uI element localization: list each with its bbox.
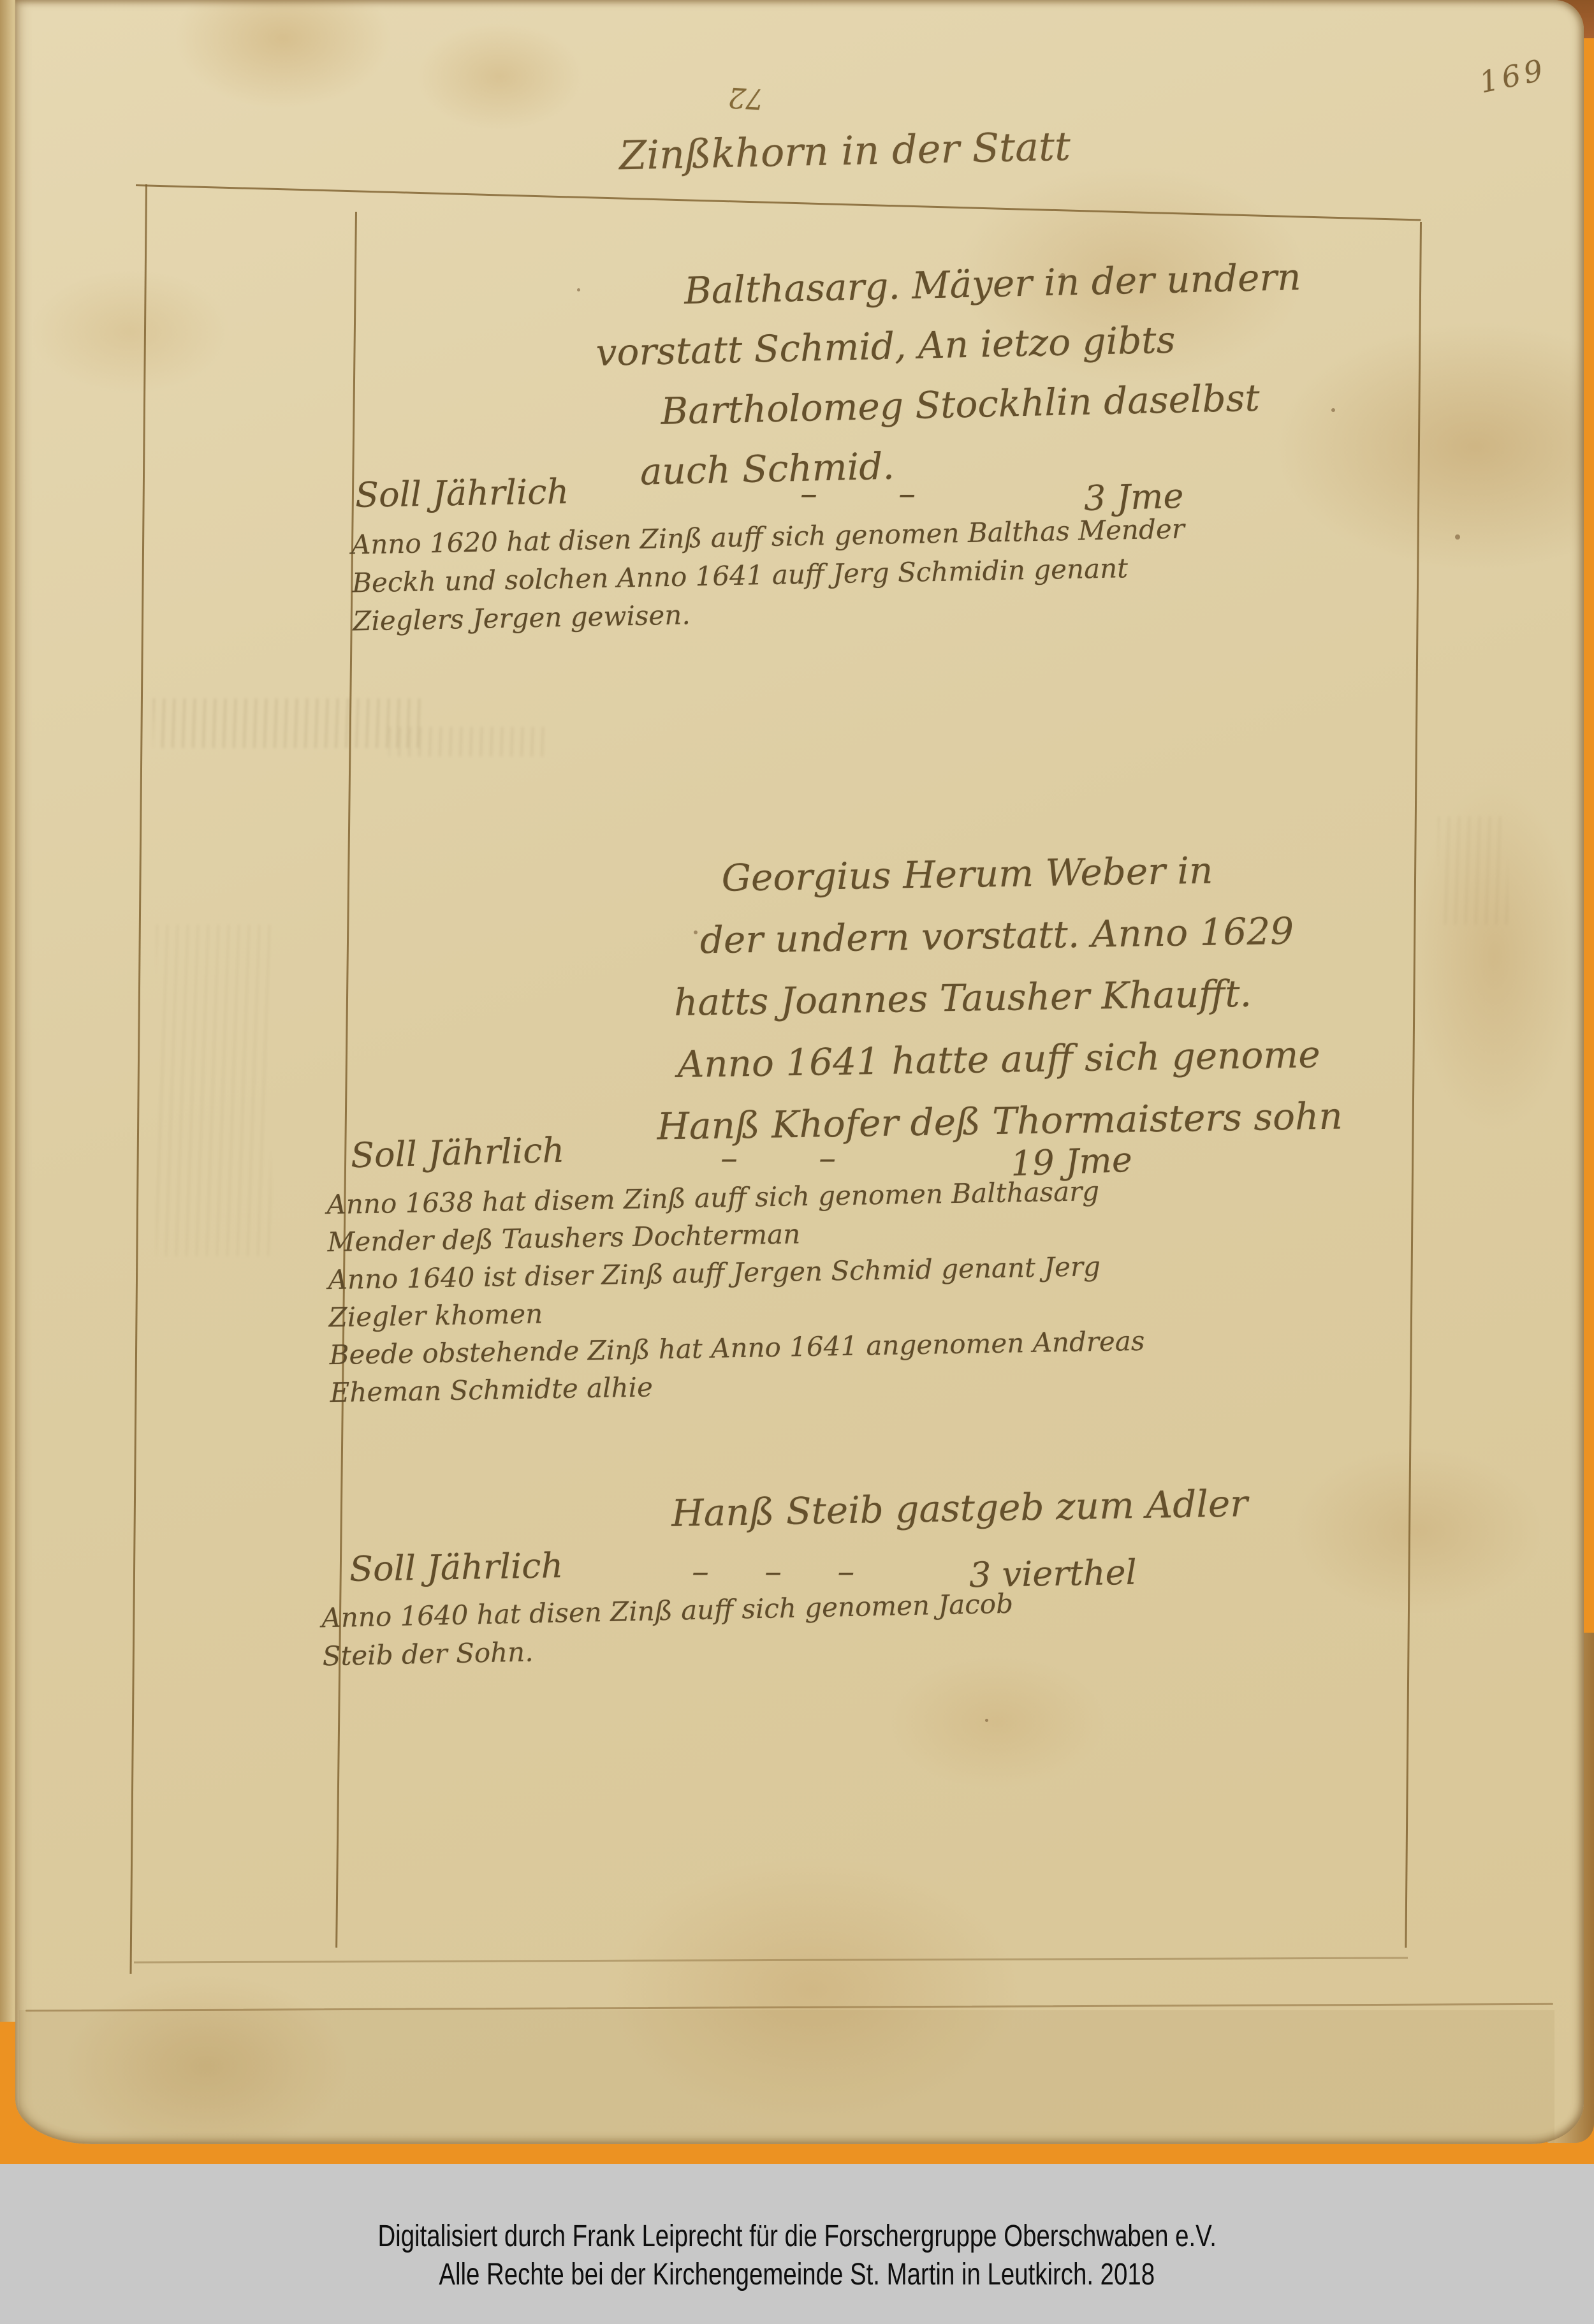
- digitization-caption: Digitalisiert durch Frank Leiprecht für …: [0, 2164, 1594, 2324]
- due-label: Soll Jährlich: [350, 1130, 565, 1176]
- faded-ink-ghost: [389, 727, 548, 756]
- due-dashes: – – –: [692, 1551, 854, 1591]
- screenshot-root: 169 72 Zinßkhorn in der Statt Balthasarg…: [0, 0, 1594, 2324]
- faded-ink-ghost: [153, 698, 421, 748]
- due-label: Soll Jährlich: [355, 471, 569, 515]
- entry-1-notes: Anno 1620 hat disen Zinß auff sich genom…: [351, 510, 1186, 640]
- caption-text: Digitalisiert durch Frank Leiprecht für …: [377, 2217, 1217, 2256]
- scan-photo-area: 169 72 Zinßkhorn in der Statt Balthasarg…: [0, 0, 1594, 2164]
- caption-line-2: Alle Rechte bei der Kirchengemeinde St. …: [0, 2256, 1594, 2294]
- entry-2-notes: Anno 1638 hat disem Zinß auff sich genom…: [326, 1172, 1146, 1411]
- ink-speck: [577, 288, 580, 291]
- entry-heading-line: hatts Joannes Tausher Khaufft.: [557, 961, 1368, 1036]
- ink-speck: [1455, 534, 1460, 540]
- ink-speck: [985, 1719, 988, 1722]
- entry-3-notes: Anno 1640 hat disen Zinß auff sich genom…: [321, 1585, 1014, 1676]
- entry-heading-line: Georgius Herum Weber in: [562, 837, 1372, 912]
- due-label: Soll Jährlich: [349, 1545, 563, 1589]
- caption-line-1: Digitalisiert durch Frank Leiprecht für …: [0, 2217, 1594, 2256]
- entry-heading-line: Hanß Khofer deß Thormaisters sohn: [594, 1084, 1405, 1159]
- underlying-page-strip: [19, 2010, 1554, 2143]
- caption-text: Alle Rechte bei der Kirchengemeinde St. …: [439, 2256, 1155, 2294]
- entry-2-heading: Georgius Herum Weber in der undern vorst…: [590, 837, 1405, 1159]
- faded-ink-ghost: [156, 925, 271, 1256]
- due-dashes: – –: [800, 473, 916, 513]
- inverted-folio-number: 72: [728, 81, 765, 115]
- faded-ink-ghost: [1438, 816, 1508, 925]
- due-dashes: – –: [720, 1138, 836, 1178]
- entry-1-heading: Balthasarg. Mäyer in der undern vorstatt…: [594, 245, 1396, 503]
